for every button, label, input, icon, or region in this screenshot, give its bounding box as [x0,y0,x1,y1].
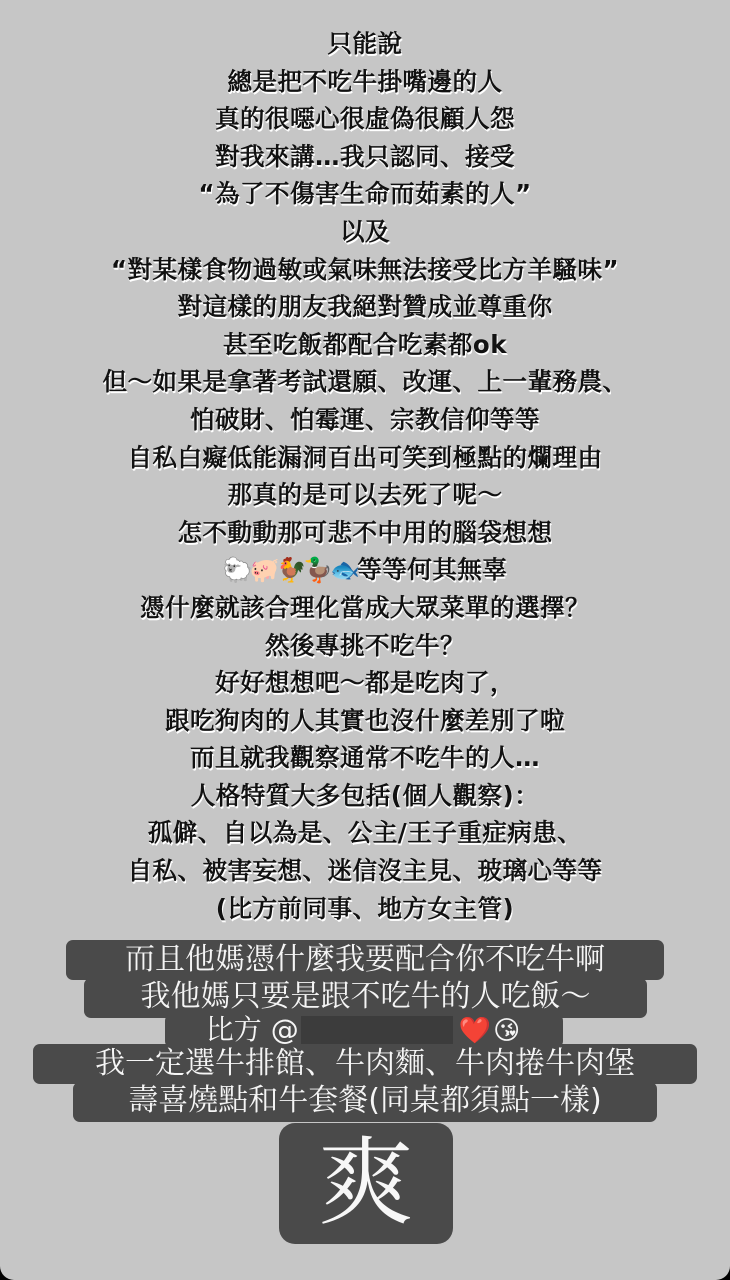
caption-line: 人格特質大多包括(個人觀察)： [0,777,730,815]
caption-line-text: 等等何其無辜 [357,555,507,584]
caption-line: (比方前同事、地方女主管) [0,890,730,928]
story-canvas: 只能說 總是把不吃牛掛嘴邊的人 真的很噁心很虛偽很顧人怨 對我來講…我只認同、接… [0,0,730,1280]
caption-line: 而且就我觀察通常不吃牛的人… [0,739,730,777]
caption-line: 只能說 [0,25,730,63]
caption-line: 對我來講…我只認同、接受 [0,138,730,176]
highlight-line: 而且他媽憑什麼我要配合你不吃牛啊 [66,940,664,980]
story-caption: 只能說 總是把不吃牛掛嘴邊的人 真的很噁心很虛偽很顧人怨 對我來講…我只認同、接… [0,25,730,927]
caption-line-animals: 🐑🐖🐓🦆🐟等等何其無辜 [0,551,730,589]
animal-emoji-icons: 🐑🐖🐓🦆🐟 [223,556,357,584]
caption-line: 但～如果是拿著考試還願、改運、上一輩務農、 [0,363,730,401]
highlight-line-text: 我他媽只要是跟不吃牛的人吃飯～ [141,978,591,1016]
highlight-line: 壽喜燒點和牛套餐(同桌都須點一樣) [73,1082,657,1122]
caption-line: 自私、被害妄想、迷信沒主見、玻璃心等等 [0,852,730,890]
caption-line: 怎不動動那可悲不中用的腦袋想想 [0,514,730,552]
caption-line: 跟吃狗肉的人其實也沒什麼差別了啦 [0,702,730,740]
highlight-line-text: 壽喜燒點和牛套餐(同桌都須點一樣) [128,1082,601,1120]
highlight-line-text: 我一定選牛排館、牛肉麵、牛肉捲牛肉堡 [95,1044,635,1084]
caption-line: 自私白癡低能漏洞百出可笑到極點的爛理由 [0,439,730,477]
heart-kiss-emoji-icons: ❤️😘 [459,1016,522,1046]
highlight-line: 我一定選牛排館、牛肉麵、牛肉捲牛肉堡 [33,1044,697,1084]
sticker-shuang: 爽 [279,1123,453,1244]
highlight-line: 我他媽只要是跟不吃牛的人吃飯～ [84,978,647,1018]
caption-line: 甚至吃飯都配合吃素都ok [0,326,730,364]
highlight-line-text: 而且他媽憑什麼我要配合你不吃牛啊 [125,940,605,980]
caption-line: 怕破財、怕霉運、宗教信仰等等 [0,401,730,439]
caption-line: 孤僻、自以為是、公主/王子重症病患、 [0,814,730,852]
redacted-username [301,1016,453,1047]
caption-line: “對某樣食物過敏或氣味無法接受比方羊騷味” [0,251,730,289]
caption-line: 好好想想吧～都是吃肉了， [0,664,730,702]
caption-line: 那真的是可以去死了呢～ [0,476,730,514]
caption-line: 總是把不吃牛掛嘴邊的人 [0,63,730,101]
caption-line: 真的很噁心很虛偽很顧人怨 [0,100,730,138]
caption-line: 對這樣的朋友我絕對贊成並尊重你 [0,288,730,326]
caption-line: 然後專挑不吃牛？ [0,627,730,665]
caption-line: 以及 [0,213,730,251]
mention-prefix: 比方 @ [206,1014,299,1046]
highlight-line-mention: 比方 @❤️😘 [165,1014,563,1048]
caption-line: “為了不傷害生命而茹素的人” [0,175,730,213]
caption-line: 憑什麼就該合理化當成大眾菜單的選擇？ [0,589,730,627]
